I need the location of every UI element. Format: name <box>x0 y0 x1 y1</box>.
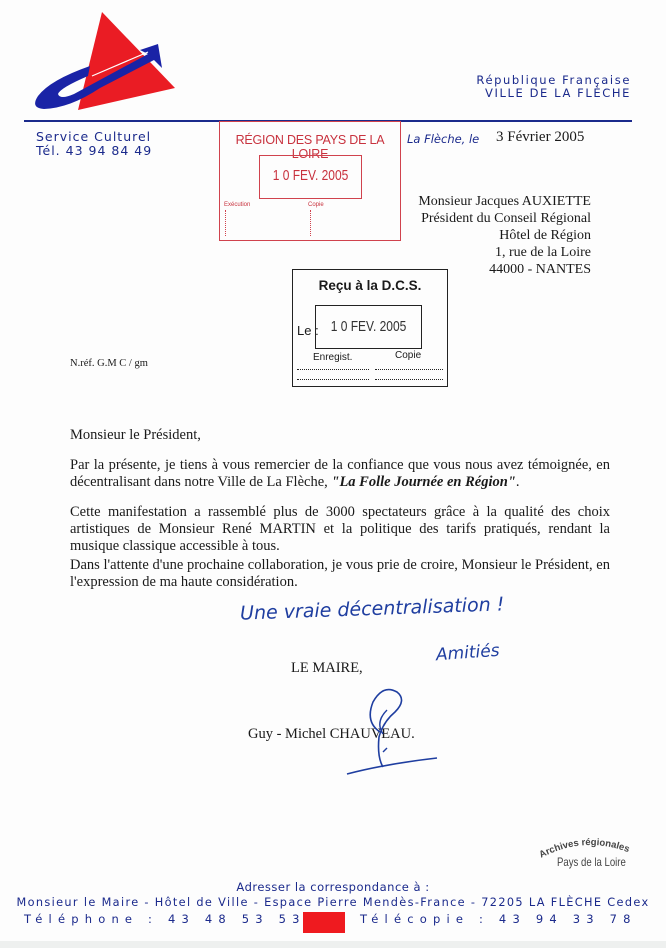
stamp-label-registered: Enregist. <box>313 352 352 363</box>
stamp-label-execution: Exécution <box>224 202 250 208</box>
dotted-line <box>225 210 228 236</box>
stamp-label-copy: Copie <box>308 202 324 208</box>
stamp-date: 1 0 FEV. 2005 <box>327 318 411 335</box>
stamp-date-box: 1 0 FEV. 2005 <box>315 305 422 349</box>
archives-stamp: Archives régionales Pays de la Loire <box>535 830 645 880</box>
dotted-line <box>375 379 443 380</box>
stamp-date-box: 1 0 FEV. 2005 <box>259 155 362 199</box>
place-label: La Flèche, le <box>407 132 479 146</box>
footer-address: Monsieur le Maire - Hôtel de Ville - Esp… <box>0 896 666 909</box>
recipient-line: Hôtel de Région <box>418 227 591 244</box>
recipient-address: Monsieur Jacques AUXIETTE Président du C… <box>418 193 591 261</box>
salutation: Monsieur le Président, <box>70 427 201 444</box>
dotted-line <box>297 379 369 380</box>
city-name: VILLE DE LA FLÈCHE <box>476 87 631 100</box>
letterhead-title: République Française VILLE DE LA FLÈCHE <box>476 74 631 100</box>
body-paragraph-2: Cette manifestation a rassemblé plus de … <box>70 504 610 555</box>
dotted-line <box>375 369 443 370</box>
handwritten-greeting: Amitiés <box>435 641 500 665</box>
signatory-title: LE MAIRE, <box>291 660 363 677</box>
footer-fax: Télécopie : 43 94 33 78 <box>360 912 637 926</box>
letter-date: 3 Février 2005 <box>496 129 584 146</box>
reference: N.réf. G.M C / gm <box>70 358 148 369</box>
footer-correspondence-label: Adresser la correspondance à : <box>0 880 666 894</box>
page-edge <box>0 941 666 948</box>
recipient-line: Président du Conseil Régional <box>418 210 591 227</box>
recipient-line: Monsieur Jacques AUXIETTE <box>418 193 591 210</box>
p1-end: . <box>516 474 520 490</box>
red-brand-block <box>303 912 345 933</box>
stamp-title: Reçu à la D.C.S. <box>293 278 447 293</box>
footer-telephone: Téléphone : 43 48 53 53 <box>24 912 306 926</box>
dotted-line <box>310 210 313 236</box>
service-block: Service Culturel Tél. 43 94 84 49 <box>36 130 152 158</box>
event-name: "La Folle Journée en Région" <box>331 474 515 490</box>
archives-name: Pays de la Loire <box>557 855 626 869</box>
body-paragraph-3: Dans l'attente d'une prochaine collabora… <box>70 557 610 591</box>
stamp-date: 1 0 FEV. 2005 <box>270 167 351 184</box>
dcs-received-stamp: Reçu à la D.C.S. Le : 1 0 FEV. 2005 Enre… <box>292 269 448 387</box>
body-paragraph-1: Par la présente, je tiens à vous remerci… <box>70 457 610 491</box>
region-received-stamp: RÉGION DES PAYS DE LA LOIRE 1 0 FEV. 200… <box>219 121 401 241</box>
signature-mark <box>345 682 440 777</box>
recipient-postal: 44000 - NANTES <box>489 262 591 278</box>
service-phone: Tél. 43 94 84 49 <box>36 144 152 158</box>
handwritten-note: Une vraie décentralisation ! <box>240 593 505 624</box>
stamp-label-copy: Copie <box>395 350 421 361</box>
dotted-line <box>297 369 369 370</box>
city-logo <box>30 8 180 110</box>
service-name: Service Culturel <box>36 130 152 144</box>
recipient-line: 1, rue de la Loire <box>418 244 591 261</box>
